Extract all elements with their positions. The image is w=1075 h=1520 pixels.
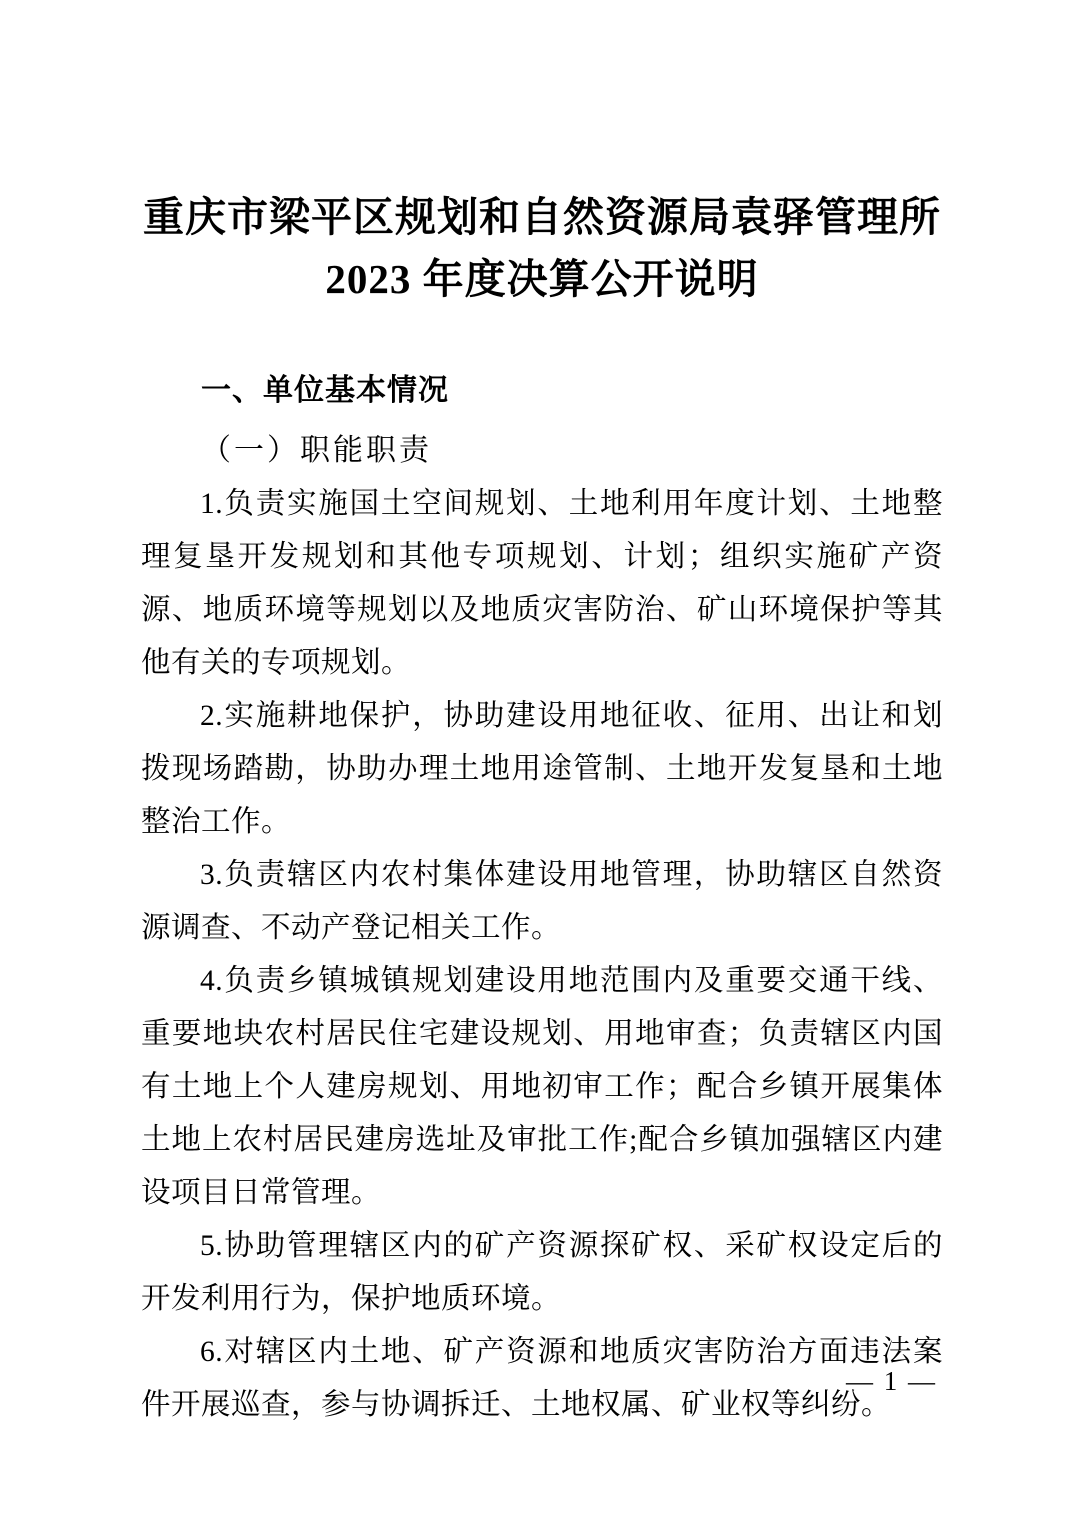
paragraph-6: 6.对辖区内土地、矿产资源和地质灾害防治方面违法案件开展巡查，参与协调拆迁、土地…	[141, 1326, 943, 1432]
document-title: 重庆市梁平区规划和自然资源局袁驿管理所 2023 年度决算公开说明	[141, 186, 943, 310]
paragraph-2: 2.实施耕地保护，协助建设用地征收、征用、出让和划拨现场踏勘，协助办理土地用途管…	[141, 690, 943, 849]
paragraph-1: 1.负责实施国土空间规划、土地利用年度计划、土地整理复垦开发规划和其他专项规划、…	[141, 478, 943, 690]
document-content: 重庆市梁平区规划和自然资源局袁驿管理所 2023 年度决算公开说明 一、单位基本…	[141, 0, 943, 1432]
section-heading-basic-info: 一、单位基本情况	[141, 370, 943, 412]
body-text: 1.负责实施国土空间规划、土地利用年度计划、土地整理复垦开发规划和其他专项规划、…	[141, 478, 943, 1432]
paragraph-5: 5.协助管理辖区内的矿产资源探矿权、采矿权设定后的开发利用行为，保护地质环境。	[141, 1220, 943, 1326]
paragraph-3: 3.负责辖区内农村集体建设用地管理，协助辖区自然资源调查、不动产登记相关工作。	[141, 849, 943, 955]
subsection-heading-duties: （一）职能职责	[141, 430, 943, 472]
page-number: — 1 —	[846, 1366, 937, 1397]
document-page: 重庆市梁平区规划和自然资源局袁驿管理所 2023 年度决算公开说明 一、单位基本…	[0, 0, 1075, 1520]
document-title-line2: 2023 年度决算公开说明	[141, 248, 943, 310]
document-title-line1: 重庆市梁平区规划和自然资源局袁驿管理所	[141, 186, 943, 248]
paragraph-4: 4.负责乡镇城镇规划建设用地范围内及重要交通干线、重要地块农村居民住宅建设规划、…	[141, 955, 943, 1220]
